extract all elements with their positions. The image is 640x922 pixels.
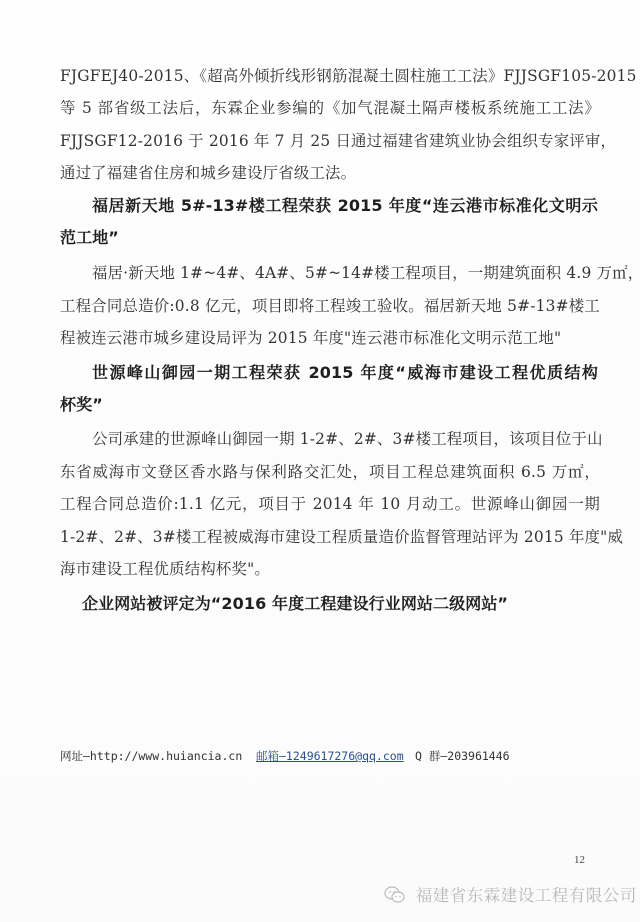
- section-1-heading-line-2: 范工地”: [60, 228, 600, 248]
- wechat-watermark: 福建省东霖建设工程有限公司: [384, 882, 637, 906]
- section-2-body-line-1: 公司承建的世源峰山御园一期 1-2#、2#、3#楼工程项目，该项目位于山: [92, 429, 598, 449]
- section-2-body-line-5: 海市建设工程优质结构杯奖"。: [60, 559, 600, 579]
- website-text: 网址—http://www.huiancia.cn: [60, 748, 242, 764]
- email-link[interactable]: 邮箱—1249617276@qq.com: [256, 748, 404, 764]
- watermark-text: 福建省东霖建设工程有限公司: [416, 886, 637, 905]
- intro-line-4: 通过了福建省住房和城乡建设厅省级工法。: [60, 163, 600, 183]
- section-2-heading-line-2: 杯奖”: [60, 395, 600, 415]
- section-3-heading: 企业网站被评定为“2016 年度工程建设行业网站二级网站”: [82, 594, 602, 614]
- qq-group-text: Q 群—203961446: [415, 748, 510, 764]
- section-2-heading-line-1: 世源峰山御园一期工程荣获 2015 年度“威海市建设工程优质结构: [92, 363, 598, 383]
- section-1-body-line-3: 程被连云港市城乡建设局评为 2015 年度"连云港市标准化文明示范工地": [60, 328, 600, 348]
- document-page: FJGFEJ40-2015、《超高外倾折线形钢筋混凝土圆柱施工工法》FJJSGF…: [0, 0, 640, 922]
- wechat-icon: [384, 886, 416, 905]
- section-2-body-line-2: 东省威海市文登区香水路与保利路交汇处，项目工程总建筑面积 6.5 万㎡，: [60, 462, 600, 482]
- section-1-body-line-2: 工程合同总造价:0.8 亿元，项目即将工程竣工验收。福居新天地 5#-13#楼工: [60, 296, 600, 316]
- intro-line-1: FJGFEJ40-2015、《超高外倾折线形钢筋混凝土圆柱施工工法》FJJSGF…: [60, 66, 600, 86]
- section-1-heading-line-1: 福居新天地 5#-13#楼工程荣获 2015 年度“连云港市标准化文明示: [92, 196, 598, 216]
- section-2-body-line-4: 1-2#、2#、3#楼工程被威海市建设工程质量造价监督管理站评为 2015 年度…: [60, 527, 600, 547]
- intro-line-2: 等 5 部省级工法后，东霖企业参编的《加气混凝土隔声楼板系统施工工法》: [60, 98, 600, 118]
- section-1-body-line-1: 福居·新天地 1#~4#、4A#、5#~14#楼工程项目，一期建筑面积 4.9 …: [92, 263, 598, 283]
- section-2-body-line-3: 工程合同总造价:1.1 亿元，项目于 2014 年 10 月动工。世源峰山御园一…: [60, 494, 600, 514]
- intro-line-3: FJJSGF12-2016 于 2016 年 7 月 25 日通过福建省建筑业协…: [60, 131, 600, 151]
- page-number: 12: [574, 854, 585, 866]
